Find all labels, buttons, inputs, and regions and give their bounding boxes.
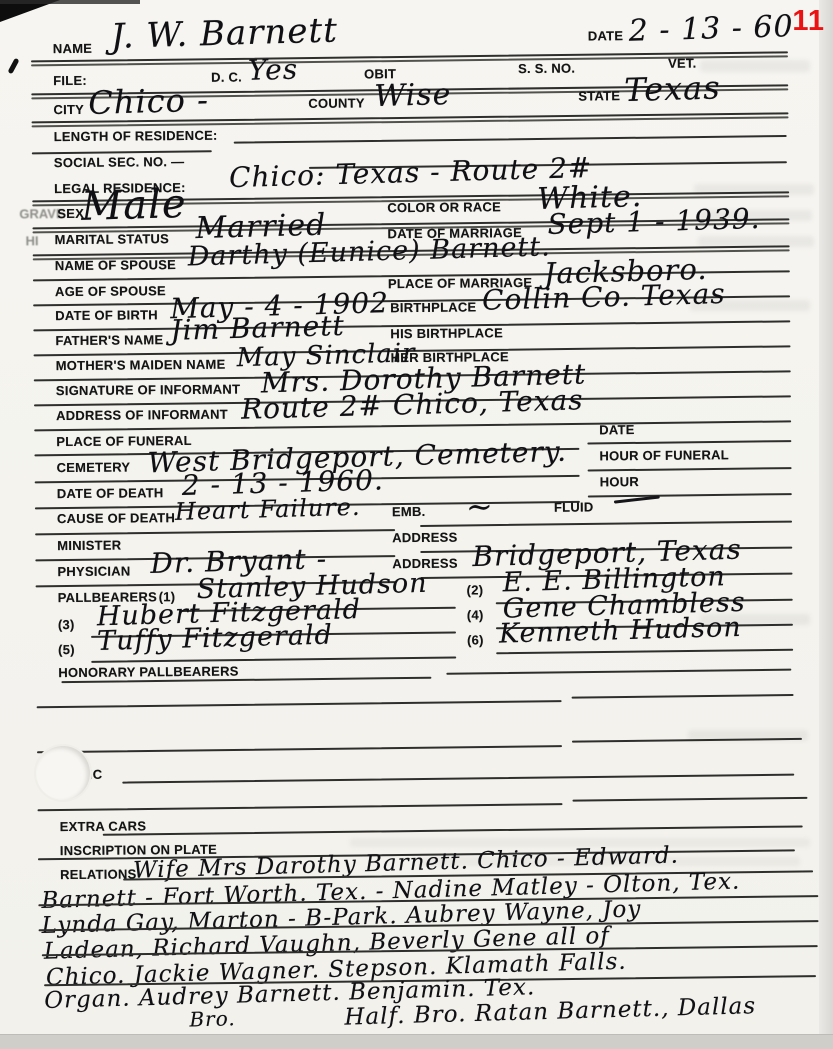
extra-cars-label: EXTRA CARS — [60, 818, 147, 834]
city-label: CITY — [53, 102, 84, 117]
rule-line — [572, 797, 807, 802]
cemetery-label: CEMETERY — [56, 459, 130, 475]
scanned-funeral-record: NAME J. W. Barnett DATE 2 - 13 - 60 FILE… — [0, 0, 833, 1049]
fluid-label: FLUID — [554, 499, 594, 514]
rule-line — [446, 669, 791, 675]
funeral-record-form: NAME J. W. Barnett DATE 2 - 13 - 60 FILE… — [0, 0, 833, 1040]
cause-of-death-label: CAUSE OF DEATH — [57, 510, 175, 526]
age-of-spouse-label: AGE OF SPOUSE — [55, 283, 166, 299]
file-label: FILE: — [53, 73, 87, 88]
emb-label: EMB. — [392, 504, 426, 519]
rule-line — [587, 440, 791, 444]
ssno-label: S. S. NO. — [518, 61, 575, 76]
relations-bro-note: Bro. — [189, 1006, 236, 1031]
rule-line — [38, 803, 563, 811]
county-label: COUNTY — [308, 95, 365, 110]
rule-line — [122, 774, 794, 784]
rule-line — [572, 738, 802, 743]
name-label: NAME — [53, 41, 92, 56]
funeral-date-label: DATE — [599, 422, 635, 437]
paper-sheet: NAME J. W. Barnett DATE 2 - 13 - 60 FILE… — [0, 0, 833, 1036]
date-of-birth-label: DATE OF BIRTH — [55, 307, 158, 323]
rule-line — [37, 700, 562, 708]
pallbearer-5-num: (5) — [58, 642, 75, 657]
rule-line — [234, 135, 787, 144]
scan-edge-bottom — [0, 1034, 833, 1049]
birthplace-label: BIRTHPLACE — [390, 299, 476, 315]
state-value: Texas — [624, 68, 721, 109]
pallbearer-6-value: Kenneth Hudson — [499, 612, 743, 650]
marital-status-label: MARITAL STATUS — [54, 231, 169, 247]
city-value: Chico - — [88, 81, 210, 122]
name-of-spouse-label: NAME OF SPOUSE — [55, 257, 176, 273]
state-label: STATE — [578, 88, 620, 103]
address-of-informant-label: ADDRESS OF INFORMANT — [56, 407, 228, 423]
rule-line — [588, 467, 792, 471]
pallbearer-2-num: (2) — [467, 582, 484, 597]
name-value: J. W. Barnett — [110, 10, 338, 56]
rule-line — [35, 529, 395, 535]
mothers-maiden-name-label: MOTHER'S MAIDEN NAME — [56, 357, 226, 373]
dc-label: D. C. — [211, 70, 242, 85]
rule-line — [588, 493, 792, 497]
pallbearer-3-num: (3) — [58, 617, 75, 632]
emb-check-mark: ~ — [465, 487, 494, 526]
pallbearer-4-num: (4) — [467, 607, 484, 622]
county-value: Wise — [374, 77, 452, 114]
honorary-pallbearers-label: HONORARY PALLBEARERS — [58, 664, 238, 681]
page-number: 11 — [792, 5, 825, 38]
minister-label: MINISTER — [57, 538, 121, 554]
date-of-marriage-value: Sept 1 - 1939. — [547, 202, 761, 241]
date-label: DATE — [588, 28, 624, 43]
pallbearer-6-num: (6) — [467, 632, 484, 647]
rule-line — [496, 649, 793, 655]
rule-line — [572, 694, 794, 699]
minister-address-label: ADDRESS — [392, 530, 457, 546]
pallbearer-5-value: Tuffy Fitzgerald — [97, 619, 334, 657]
social-sec-no-label: SOCIAL SEC. NO. — — [54, 154, 185, 170]
physician-label: PHYSICIAN — [57, 563, 130, 579]
paper-crease — [36, 746, 90, 800]
sex-label: SEX — [57, 206, 84, 221]
length-of-residence-label: LENGTH OF RESIDENCE: — [54, 128, 218, 144]
rule-line — [37, 745, 562, 753]
ghost-overprint-hi: HI — [26, 233, 39, 248]
signature-of-informant-label: SIGNATURE OF INFORMANT — [56, 382, 240, 399]
birthplace-value: Collin Co. Texas — [482, 277, 726, 317]
rule-line — [103, 825, 803, 835]
cause-of-death-value: Heart Failure. — [175, 493, 361, 526]
sex-value: Male — [81, 181, 188, 230]
hour-of-funeral-label: HOUR OF FUNERAL — [599, 447, 729, 463]
rule-line — [91, 657, 456, 663]
fathers-name-label: FATHER'S NAME — [55, 332, 163, 348]
dc-value: Yes — [248, 53, 299, 87]
date-value: 2 - 13 - 60 — [628, 9, 794, 49]
hour-label: HOUR — [600, 474, 639, 489]
date-of-death-label: DATE OF DEATH — [57, 485, 164, 501]
color-or-race-label: COLOR OR RACE — [387, 199, 501, 215]
